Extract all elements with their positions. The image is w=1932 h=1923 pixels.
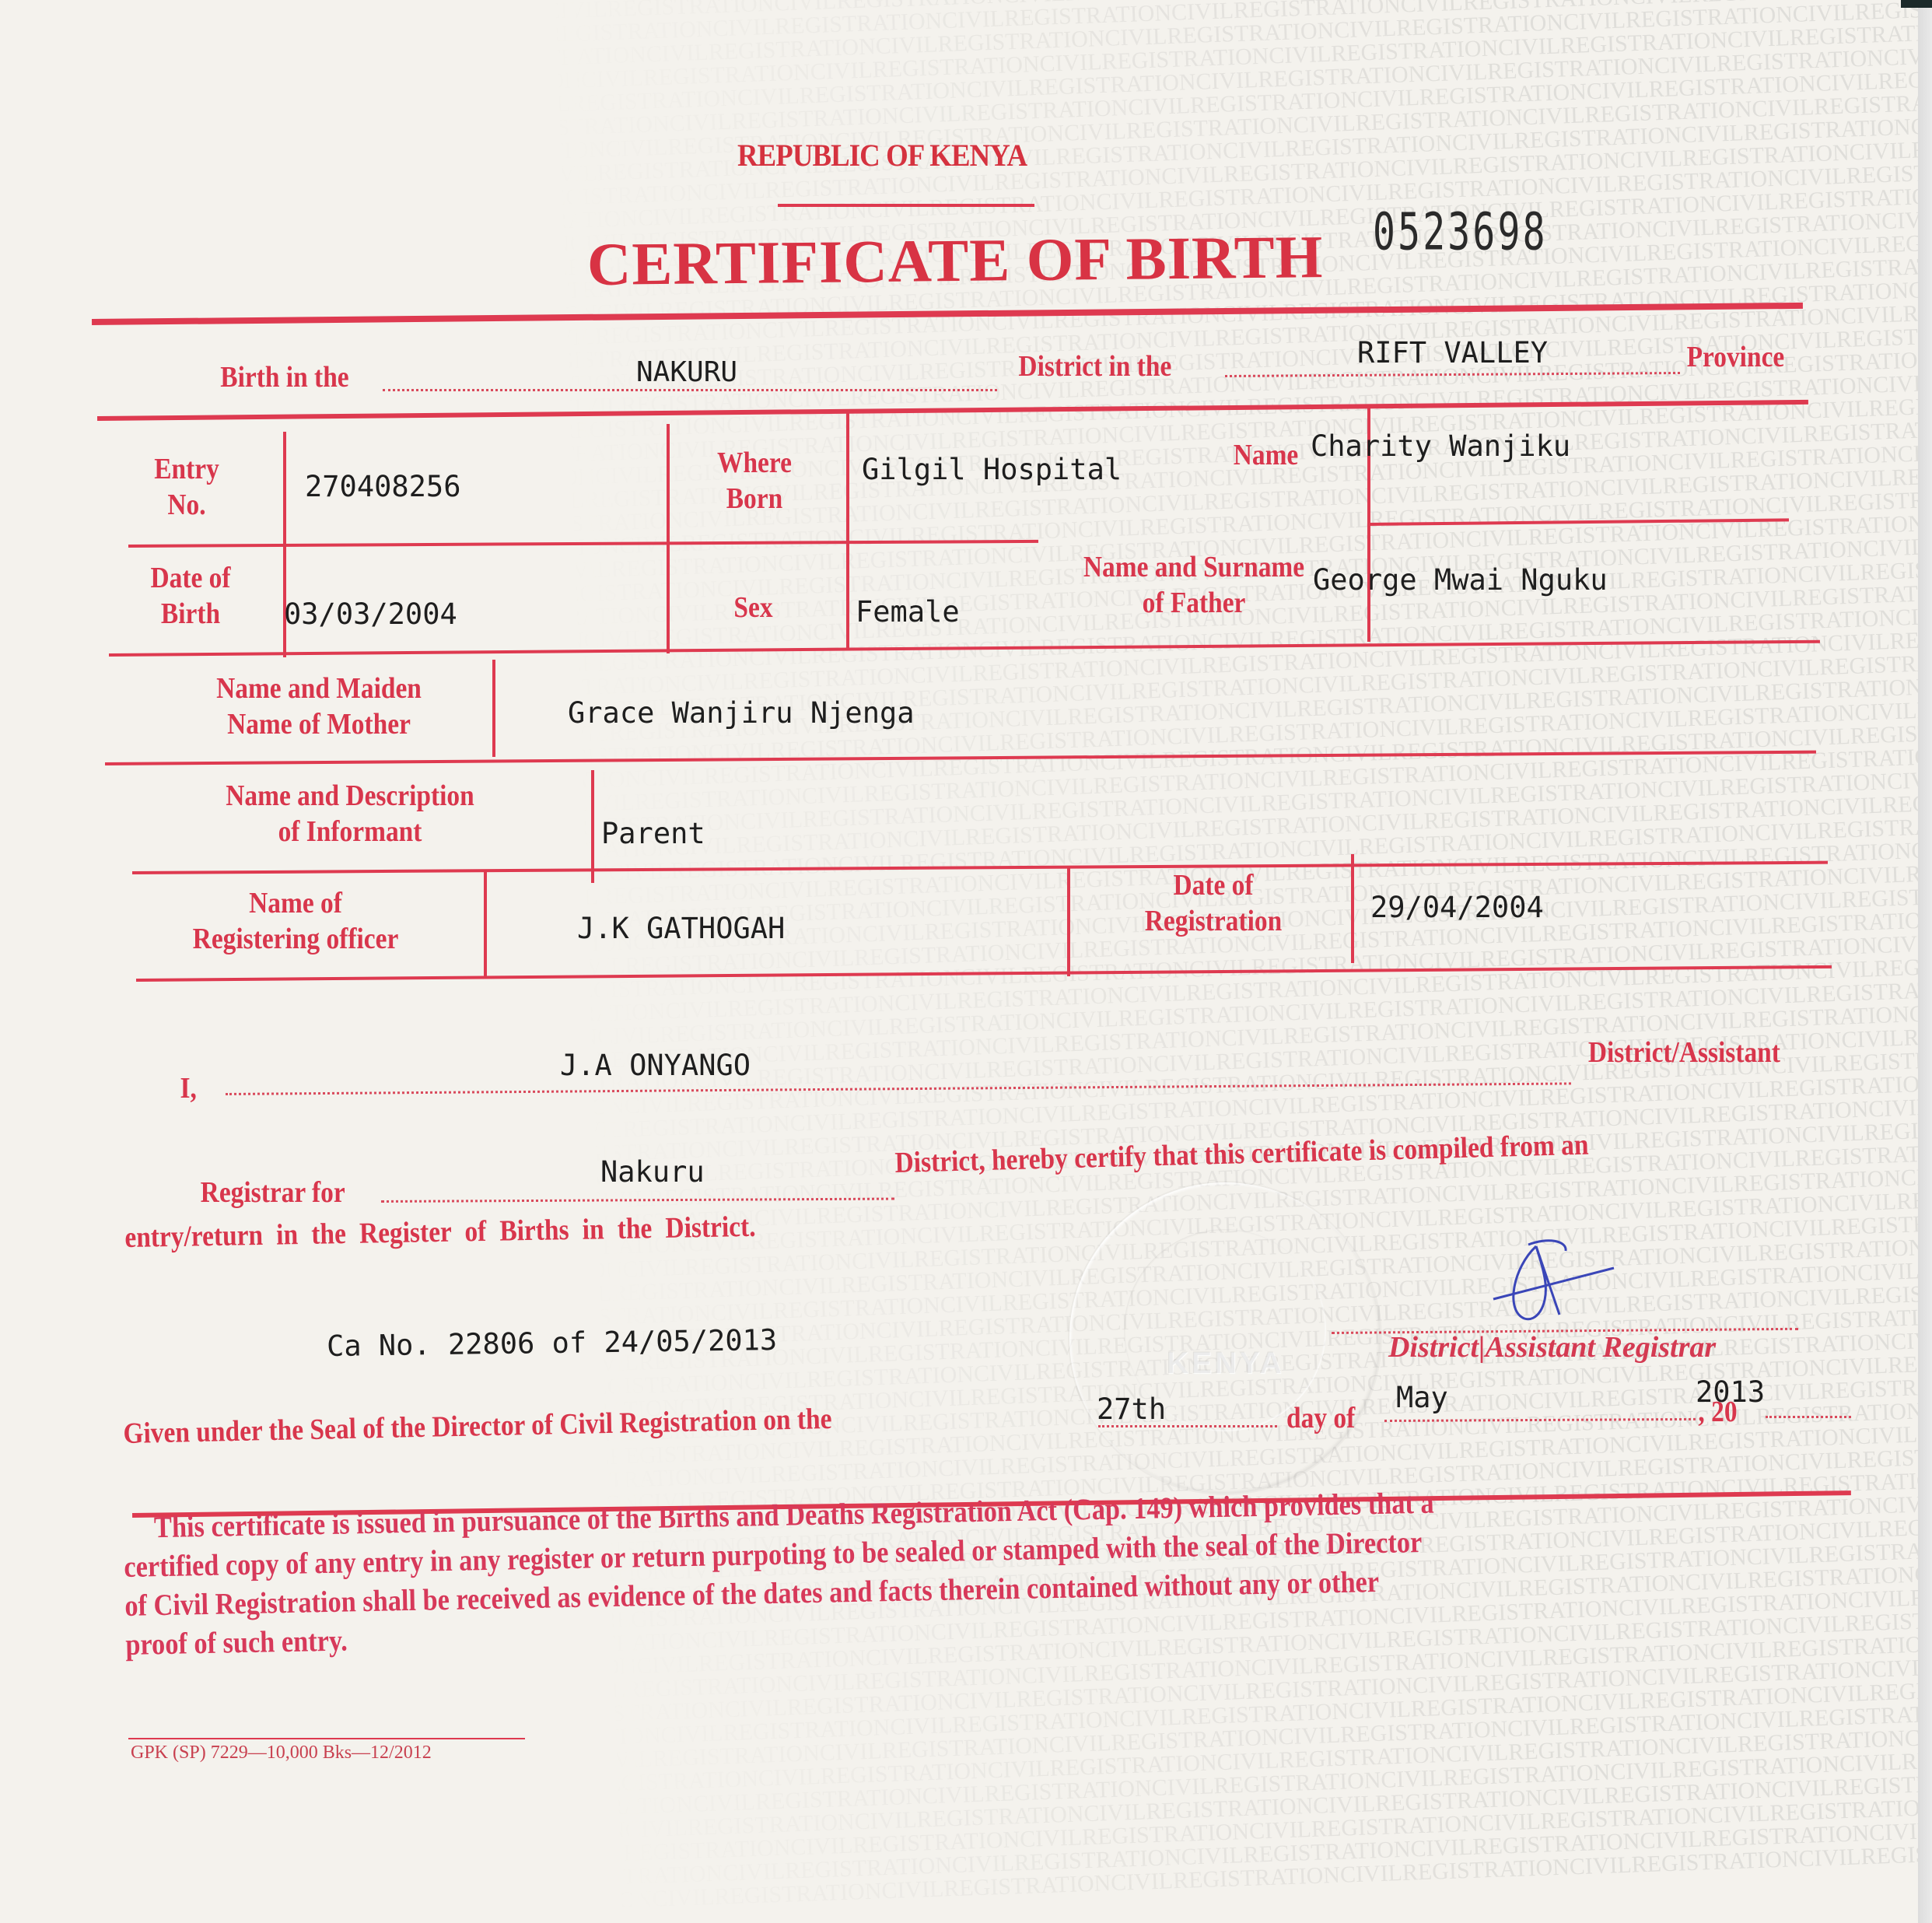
print-code: GPK (SP) 7229—10,000 Bks—12/2012 [131, 1743, 432, 1764]
day-of-label: day of [1286, 1400, 1355, 1436]
grid-vline [667, 424, 670, 653]
seal-text: KENYA [1147, 1346, 1303, 1381]
serial-number: 0523698 [1373, 202, 1548, 262]
sex-label: Sex [733, 590, 772, 625]
date-of-registration-label: Date ofRegistration [1118, 867, 1309, 939]
province-label: Province [1687, 339, 1785, 375]
father-value: George Mwai Nguku [1313, 563, 1608, 597]
country-heading: REPUBLIC OF KENYA [737, 137, 1027, 173]
province-value: RIFT VALLEY [1357, 336, 1548, 370]
footer-rule [128, 1738, 525, 1739]
birth-in-the-label: Birth in the [220, 359, 348, 395]
ca-number: Ca No. 22806 of 24/05/2013 [327, 1323, 778, 1363]
date-of-registration-value: 29/04/2004 [1370, 891, 1544, 924]
registering-officer-label: Name ofRegistering officer [169, 885, 422, 957]
entry-no-value: 270408256 [305, 470, 460, 503]
registering-officer-value: J.K GATHOGAH [577, 912, 785, 945]
mother-label: Name and MaidenName of Mother [189, 671, 449, 742]
year-dotted-line [1766, 1416, 1851, 1418]
district-assistant-label: District/Assistant [1588, 1035, 1780, 1070]
registrar-name-value: J.A ONYANGO [560, 1049, 751, 1082]
i-label: I, [180, 1070, 196, 1106]
child-name-value: Charity Wanjiku [1311, 429, 1570, 463]
informant-label: Name and Descriptionof Informant [189, 778, 511, 849]
district-dotted-line [383, 389, 997, 391]
entry-no-label: EntryNo. [138, 451, 234, 523]
legal-notice: This certificate is issued in pursuance … [123, 1480, 1615, 1665]
registrar-for-label: Registrar for [201, 1175, 345, 1210]
grid-vline [484, 870, 487, 979]
child-name-label: Name [1234, 437, 1299, 473]
birth-certificate-page: CIVILREGISTRATIONCIVILREGISTRATIONCIVILR… [0, 0, 1918, 1923]
date-of-birth-value: 03/03/2004 [284, 597, 457, 631]
certificate-title: CERTIFICATE OF BIRTH [587, 222, 1324, 299]
grid-vline [591, 770, 594, 883]
registrar-signature-icon [1482, 1237, 1622, 1330]
month-value: May [1396, 1381, 1448, 1414]
informant-value: Parent [601, 817, 705, 850]
scanner-edge [1918, 0, 1932, 1923]
where-born-label: WhereBorn [703, 445, 806, 517]
year-value: 2013 [1696, 1375, 1765, 1409]
embossed-seal: KENYA [1069, 1182, 1381, 1494]
sex-value: Female [856, 595, 960, 629]
father-label: Name and Surnameof Father [1064, 549, 1324, 621]
scanner-edge-top [1901, 0, 1932, 8]
grid-vline [846, 412, 849, 650]
day-value: 27th [1097, 1392, 1166, 1426]
district-value: NAKURU [636, 356, 737, 388]
grid-vline [1067, 867, 1070, 976]
mother-value: Grace Wanjiru Njenga [568, 696, 915, 730]
where-born-value: Gilgil Hospital [862, 453, 1122, 486]
date-of-birth-label: Date ofBirth [132, 560, 249, 632]
registrar-district-value: Nakuru [600, 1155, 705, 1189]
grid-vline [1351, 854, 1354, 963]
district-in-the-label: District in the [1018, 349, 1171, 384]
grid-vline [492, 660, 495, 757]
signature-caption: District|Assistant Registrar [1388, 1330, 1716, 1364]
header-rule [778, 204, 1034, 207]
